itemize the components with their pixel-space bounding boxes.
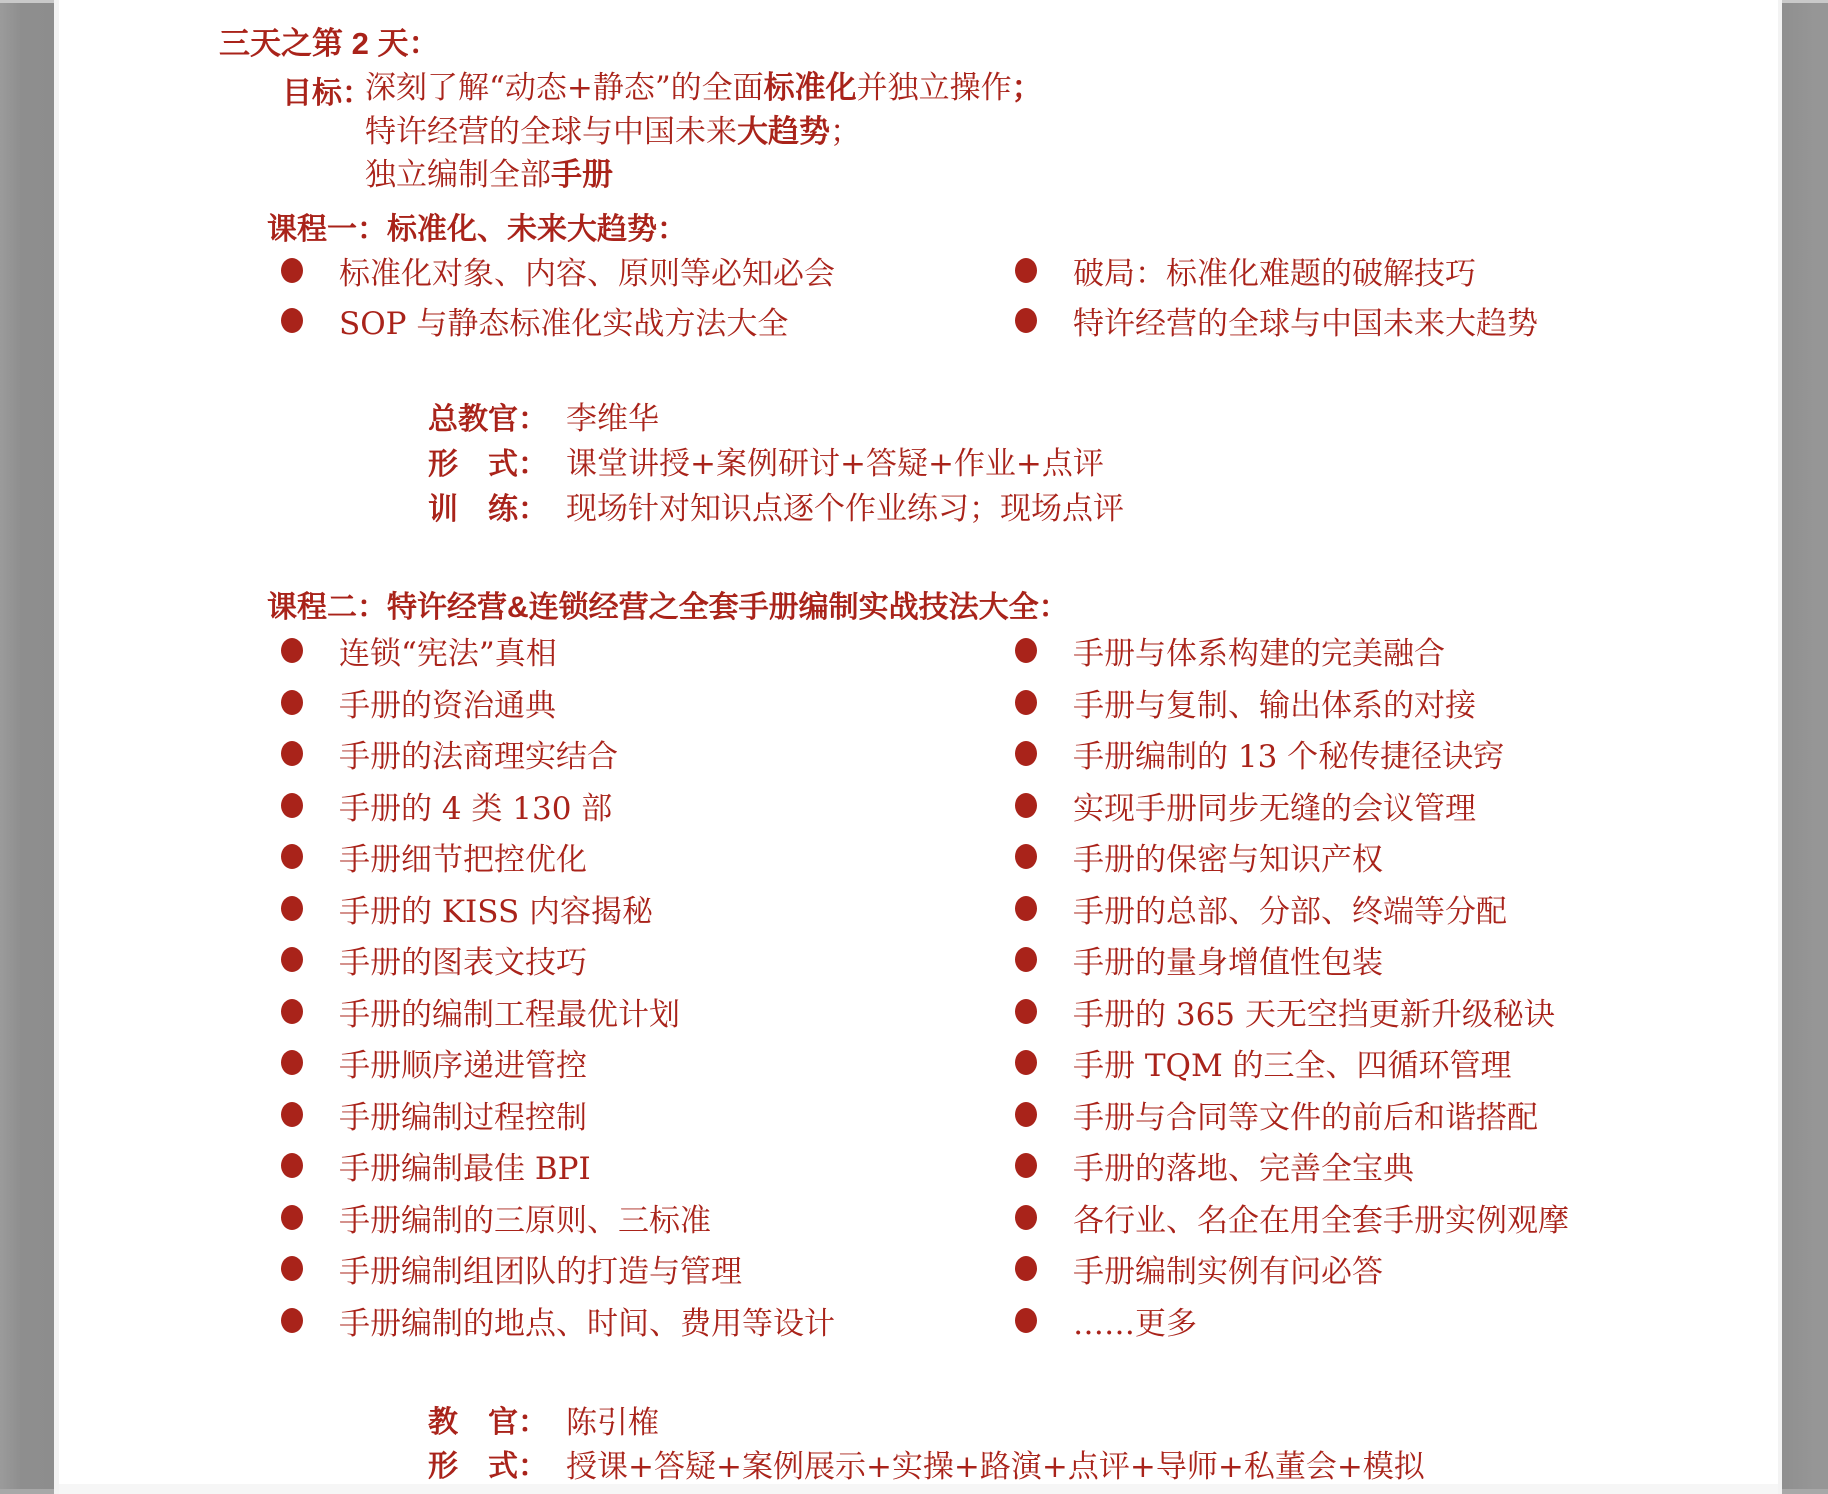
bullet-icon — [1015, 947, 1037, 972]
bullet-item: 手册的 4 类 130 部 — [281, 780, 835, 832]
bullet-icon — [1015, 844, 1037, 869]
bullet-item: 手册与合同等文件的前后和谐搭配 — [1015, 1089, 1569, 1141]
bullet-text: 手册的量身增值性包装 — [1073, 937, 1383, 982]
goal-line: 独立编制全部手册 — [365, 150, 1043, 194]
bullet-icon — [281, 844, 303, 869]
bullet-item: 手册与复制、输出体系的对接 — [1015, 677, 1569, 729]
document-viewport: 三天之第 2 天： 目标： 深刻了解“动态+静态”的全面标准化并独立操作； 特许… — [0, 0, 1828, 1494]
bullet-icon — [281, 999, 303, 1024]
bullet-item: 手册的编制工程最优计划 — [281, 986, 835, 1038]
bullet-item: 手册编制的三原则、三标准 — [281, 1192, 835, 1244]
bullet-item: 连锁“宪法”真相 — [281, 625, 835, 677]
gray-margin-left — [0, 0, 54, 1494]
bullet-text: 手册的保密与知识产权 — [1073, 834, 1383, 879]
bullet-icon — [1015, 308, 1037, 333]
bullet-icon — [1015, 896, 1037, 921]
staff-row: 教 官： 陈引榷 — [428, 1397, 1425, 1441]
bullet-icon — [281, 947, 303, 972]
bullet-text: 手册编制过程控制 — [339, 1092, 587, 1137]
bullet-text: 手册编制组团队的打造与管理 — [339, 1246, 742, 1291]
bullet-item: SOP 与静态标准化实战方法大全 — [281, 295, 835, 345]
page-bottom-shade — [59, 1484, 1778, 1494]
staff-row: 形 式： 授课+答疑+案例展示+实操+路演+点评+导师+私董会+模拟 — [428, 1441, 1425, 1485]
course2-bullets-left: 连锁“宪法”真相 手册的资治通典 手册的法商理实结合 手册的 4 类 130 部 — [281, 625, 835, 1346]
bullet-icon — [281, 1256, 303, 1281]
bullet-text: 手册与体系构建的完美融合 — [1073, 628, 1445, 673]
bullet-text: 标准化对象、内容、原则等必知必会 — [339, 248, 835, 293]
bullet-item: 手册编制的地点、时间、费用等设计 — [281, 1295, 835, 1347]
course2-heading: 课程二：特许经营&连锁经营之全套手册编制实战技法大全： — [267, 582, 1069, 626]
staff-row: 形 式： 课堂讲授+案例研讨+答疑+作业+点评 — [428, 438, 1124, 483]
gray-margin-right — [1782, 0, 1828, 1494]
staff-row: 总教官： 李维华 — [428, 393, 1124, 438]
bullet-icon — [1015, 741, 1037, 766]
course1-heading: 课程一：标准化、未来大趋势： — [267, 204, 687, 248]
bullet-icon — [281, 1205, 303, 1230]
bullet-text: 手册的 4 类 130 部 — [339, 783, 612, 828]
goal-line: 特许经营的全球与中国未来大趋势； — [365, 107, 1043, 151]
bullet-item: 手册编制组团队的打造与管理 — [281, 1243, 835, 1295]
goal-line: 深刻了解“动态+静态”的全面标准化并独立操作； — [365, 63, 1043, 107]
bullet-text: 手册顺序递进管控 — [339, 1040, 587, 1085]
goal-lines: 深刻了解“动态+静态”的全面标准化并独立操作； 特许经营的全球与中国未来大趋势；… — [365, 63, 1043, 194]
bullet-text: 手册编制最佳 BPI — [339, 1143, 591, 1188]
bullet-item: 手册顺序递进管控 — [281, 1037, 835, 1089]
day-title: 三天之第 2 天： — [219, 18, 439, 63]
bullet-text: 手册的资治通典 — [339, 680, 556, 725]
bullet-text: 连锁“宪法”真相 — [339, 628, 557, 673]
bullet-item: 手册 TQM 的三全、四循环管理 — [1015, 1037, 1569, 1089]
bullet-text: 手册与复制、输出体系的对接 — [1073, 680, 1476, 725]
bullet-text: 手册的图表文技巧 — [339, 937, 587, 982]
bullet-item: 手册的量身增值性包装 — [1015, 934, 1569, 986]
course1-bullets-left: 标准化对象、内容、原则等必知必会 SOP 与静态标准化实战方法大全 — [281, 245, 835, 345]
bullet-item: 手册编制过程控制 — [281, 1089, 835, 1141]
staff-label: 形 式： — [428, 1441, 548, 1485]
bullet-text: 破局：标准化难题的破解技巧 — [1073, 248, 1476, 293]
bullet-item: 特许经营的全球与中国未来大趋势 — [1015, 295, 1538, 345]
bullet-item: 手册的保密与知识产权 — [1015, 831, 1569, 883]
bullet-item: 破局：标准化难题的破解技巧 — [1015, 245, 1538, 295]
bullet-icon — [281, 1153, 303, 1178]
bullet-text: SOP 与静态标准化实战方法大全 — [339, 298, 788, 343]
bullet-item: 手册的落地、完善全宝典 — [1015, 1140, 1569, 1192]
bullet-icon — [1015, 1050, 1037, 1075]
bullet-icon — [281, 638, 303, 663]
bullet-text: 手册的总部、分部、终端等分配 — [1073, 886, 1507, 931]
bullet-item: 手册的 365 天无空挡更新升级秘诀 — [1015, 986, 1569, 1038]
bullet-item: 手册的资治通典 — [281, 677, 835, 729]
staff-value: 现场针对知识点逐个作业练习；现场点评 — [566, 483, 1124, 528]
bullet-text: 手册编制实例有问必答 — [1073, 1246, 1383, 1291]
bullet-text: 手册编制的 13 个秘传捷径诀窍 — [1073, 731, 1504, 776]
bullet-item: 实现手册同步无缝的会议管理 — [1015, 780, 1569, 832]
staff-label: 总教官： — [428, 394, 548, 438]
bullet-text: 手册的 365 天无空挡更新升级秘诀 — [1073, 989, 1555, 1034]
staff-value: 李维华 — [566, 393, 659, 438]
bullet-text: 手册编制的地点、时间、费用等设计 — [339, 1298, 835, 1343]
bullet-icon — [281, 793, 303, 818]
bullet-text: 各行业、名企在用全套手册实例观摩 — [1073, 1195, 1569, 1240]
bullet-item: 手册的图表文技巧 — [281, 934, 835, 986]
bullet-icon — [1015, 1102, 1037, 1127]
bullet-item: 各行业、名企在用全套手册实例观摩 — [1015, 1192, 1569, 1244]
bullet-text: ……更多 — [1073, 1298, 1197, 1343]
bullet-icon — [1015, 638, 1037, 663]
bullet-icon — [281, 741, 303, 766]
bullet-icon — [1015, 690, 1037, 715]
bullet-item: 手册的总部、分部、终端等分配 — [1015, 883, 1569, 935]
staff-value: 课堂讲授+案例研讨+答疑+作业+点评 — [566, 438, 1104, 483]
course2-bullets-right: 手册与体系构建的完美融合 手册与复制、输出体系的对接 手册编制的 13 个秘传捷… — [1015, 625, 1569, 1346]
bullet-item: 手册编制最佳 BPI — [281, 1140, 835, 1192]
course1-staff-block: 总教官： 李维华 形 式： 课堂讲授+案例研讨+答疑+作业+点评 训 练： 现场… — [428, 393, 1124, 528]
staff-label: 形 式： — [428, 439, 548, 483]
staff-value: 陈引榷 — [566, 1397, 659, 1442]
bullet-item: 手册的法商理实结合 — [281, 728, 835, 780]
bullet-icon — [281, 308, 303, 333]
bullet-icon — [281, 690, 303, 715]
course2-staff-block: 教 官： 陈引榷 形 式： 授课+答疑+案例展示+实操+路演+点评+导师+私董会… — [428, 1397, 1425, 1485]
goal-label: 目标： — [282, 68, 372, 112]
bullet-icon — [281, 258, 303, 283]
bullet-icon — [281, 1050, 303, 1075]
bullet-icon — [1015, 1308, 1037, 1333]
bullet-text: 手册编制的三原则、三标准 — [339, 1195, 711, 1240]
bullet-text: 手册 TQM 的三全、四循环管理 — [1073, 1040, 1512, 1085]
bullet-icon — [1015, 1153, 1037, 1178]
bullet-icon — [1015, 999, 1037, 1024]
page-edge-gap-right — [1778, 0, 1782, 1494]
bullet-item: 手册编制实例有问必答 — [1015, 1243, 1569, 1295]
bullet-text: 手册细节把控优化 — [339, 834, 587, 879]
bullet-text: 手册的落地、完善全宝典 — [1073, 1143, 1414, 1188]
staff-row: 训 练： 现场针对知识点逐个作业练习；现场点评 — [428, 483, 1124, 528]
bullet-item: 手册编制的 13 个秘传捷径诀窍 — [1015, 728, 1569, 780]
bullet-icon — [1015, 1256, 1037, 1281]
bullet-item: 手册的 KISS 内容揭秘 — [281, 883, 835, 935]
bullet-item: 手册细节把控优化 — [281, 831, 835, 883]
bullet-item: 手册与体系构建的完美融合 — [1015, 625, 1569, 677]
bullet-icon — [281, 1102, 303, 1127]
bullet-text: 手册的编制工程最优计划 — [339, 989, 680, 1034]
bullet-icon — [1015, 1205, 1037, 1230]
staff-value: 授课+答疑+案例展示+实操+路演+点评+导师+私董会+模拟 — [566, 1441, 1425, 1486]
staff-label: 教 官： — [428, 1397, 548, 1441]
bullet-icon — [281, 896, 303, 921]
bullet-text: 手册与合同等文件的前后和谐搭配 — [1073, 1092, 1538, 1137]
bullet-item: 标准化对象、内容、原则等必知必会 — [281, 245, 835, 295]
bullet-text: 手册的法商理实结合 — [339, 731, 618, 776]
bullet-text: 实现手册同步无缝的会议管理 — [1073, 783, 1476, 828]
bullet-text: 手册的 KISS 内容揭秘 — [339, 886, 653, 931]
course1-bullets-right: 破局：标准化难题的破解技巧 特许经营的全球与中国未来大趋势 — [1015, 245, 1538, 345]
bullet-item: ……更多 — [1015, 1295, 1569, 1347]
bullet-text: 特许经营的全球与中国未来大趋势 — [1073, 298, 1538, 343]
staff-label: 训 练： — [428, 484, 548, 528]
document-page: 三天之第 2 天： 目标： 深刻了解“动态+静态”的全面标准化并独立操作； 特许… — [59, 0, 1778, 1494]
bullet-icon — [281, 1308, 303, 1333]
bullet-icon — [1015, 793, 1037, 818]
bullet-icon — [1015, 258, 1037, 283]
